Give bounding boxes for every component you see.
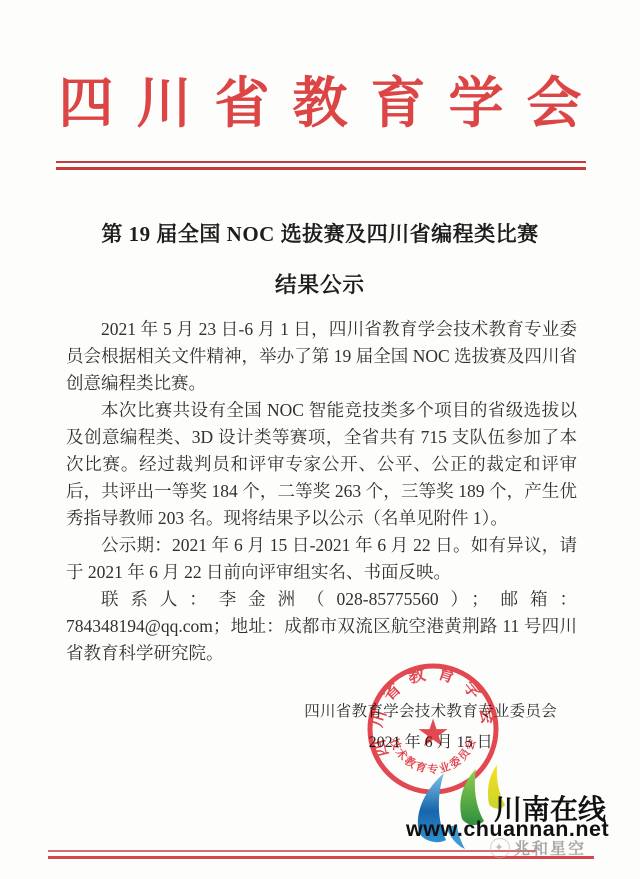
paragraph-2: 本次比赛共设有全国 NOC 智能竞技类多个项目的省级选拔以及创意编程类、3D 设…: [66, 397, 577, 532]
document-title: 第 19 届全国 NOC 选拔赛及四川省编程类比赛: [0, 218, 640, 248]
seal-star-icon: ★: [416, 711, 450, 755]
watermark: ✦ 兆和星空: [490, 836, 586, 859]
document-subtitle: 结果公示: [0, 268, 640, 299]
paragraph-3: 公示期：2021 年 6 月 15 日-2021 年 6 月 22 日。如有异议…: [66, 532, 577, 586]
letterhead-org-name: 四川省教育学会: [0, 72, 640, 135]
letterhead-divider: [56, 161, 586, 170]
watermark-star-icon: ✦: [490, 838, 510, 858]
paragraph-1: 2021 年 5 月 23 日-6 月 1 日，四川省教育学会技术教育专业委员会…: [66, 316, 577, 397]
footer-rule-thin: [48, 850, 536, 852]
document-page: 四川省教育学会 第 19 届全国 NOC 选拔赛及四川省编程类比赛 结果公示 2…: [0, 0, 640, 879]
watermark-text: 兆和星空: [514, 836, 586, 859]
document-body: 2021 年 5 月 23 日-6 月 1 日，四川省教育学会技术教育专业委员会…: [66, 316, 577, 667]
paragraph-4: 联系人：李金洲（028-85775560）；邮箱：784348194@qq.co…: [66, 586, 577, 667]
